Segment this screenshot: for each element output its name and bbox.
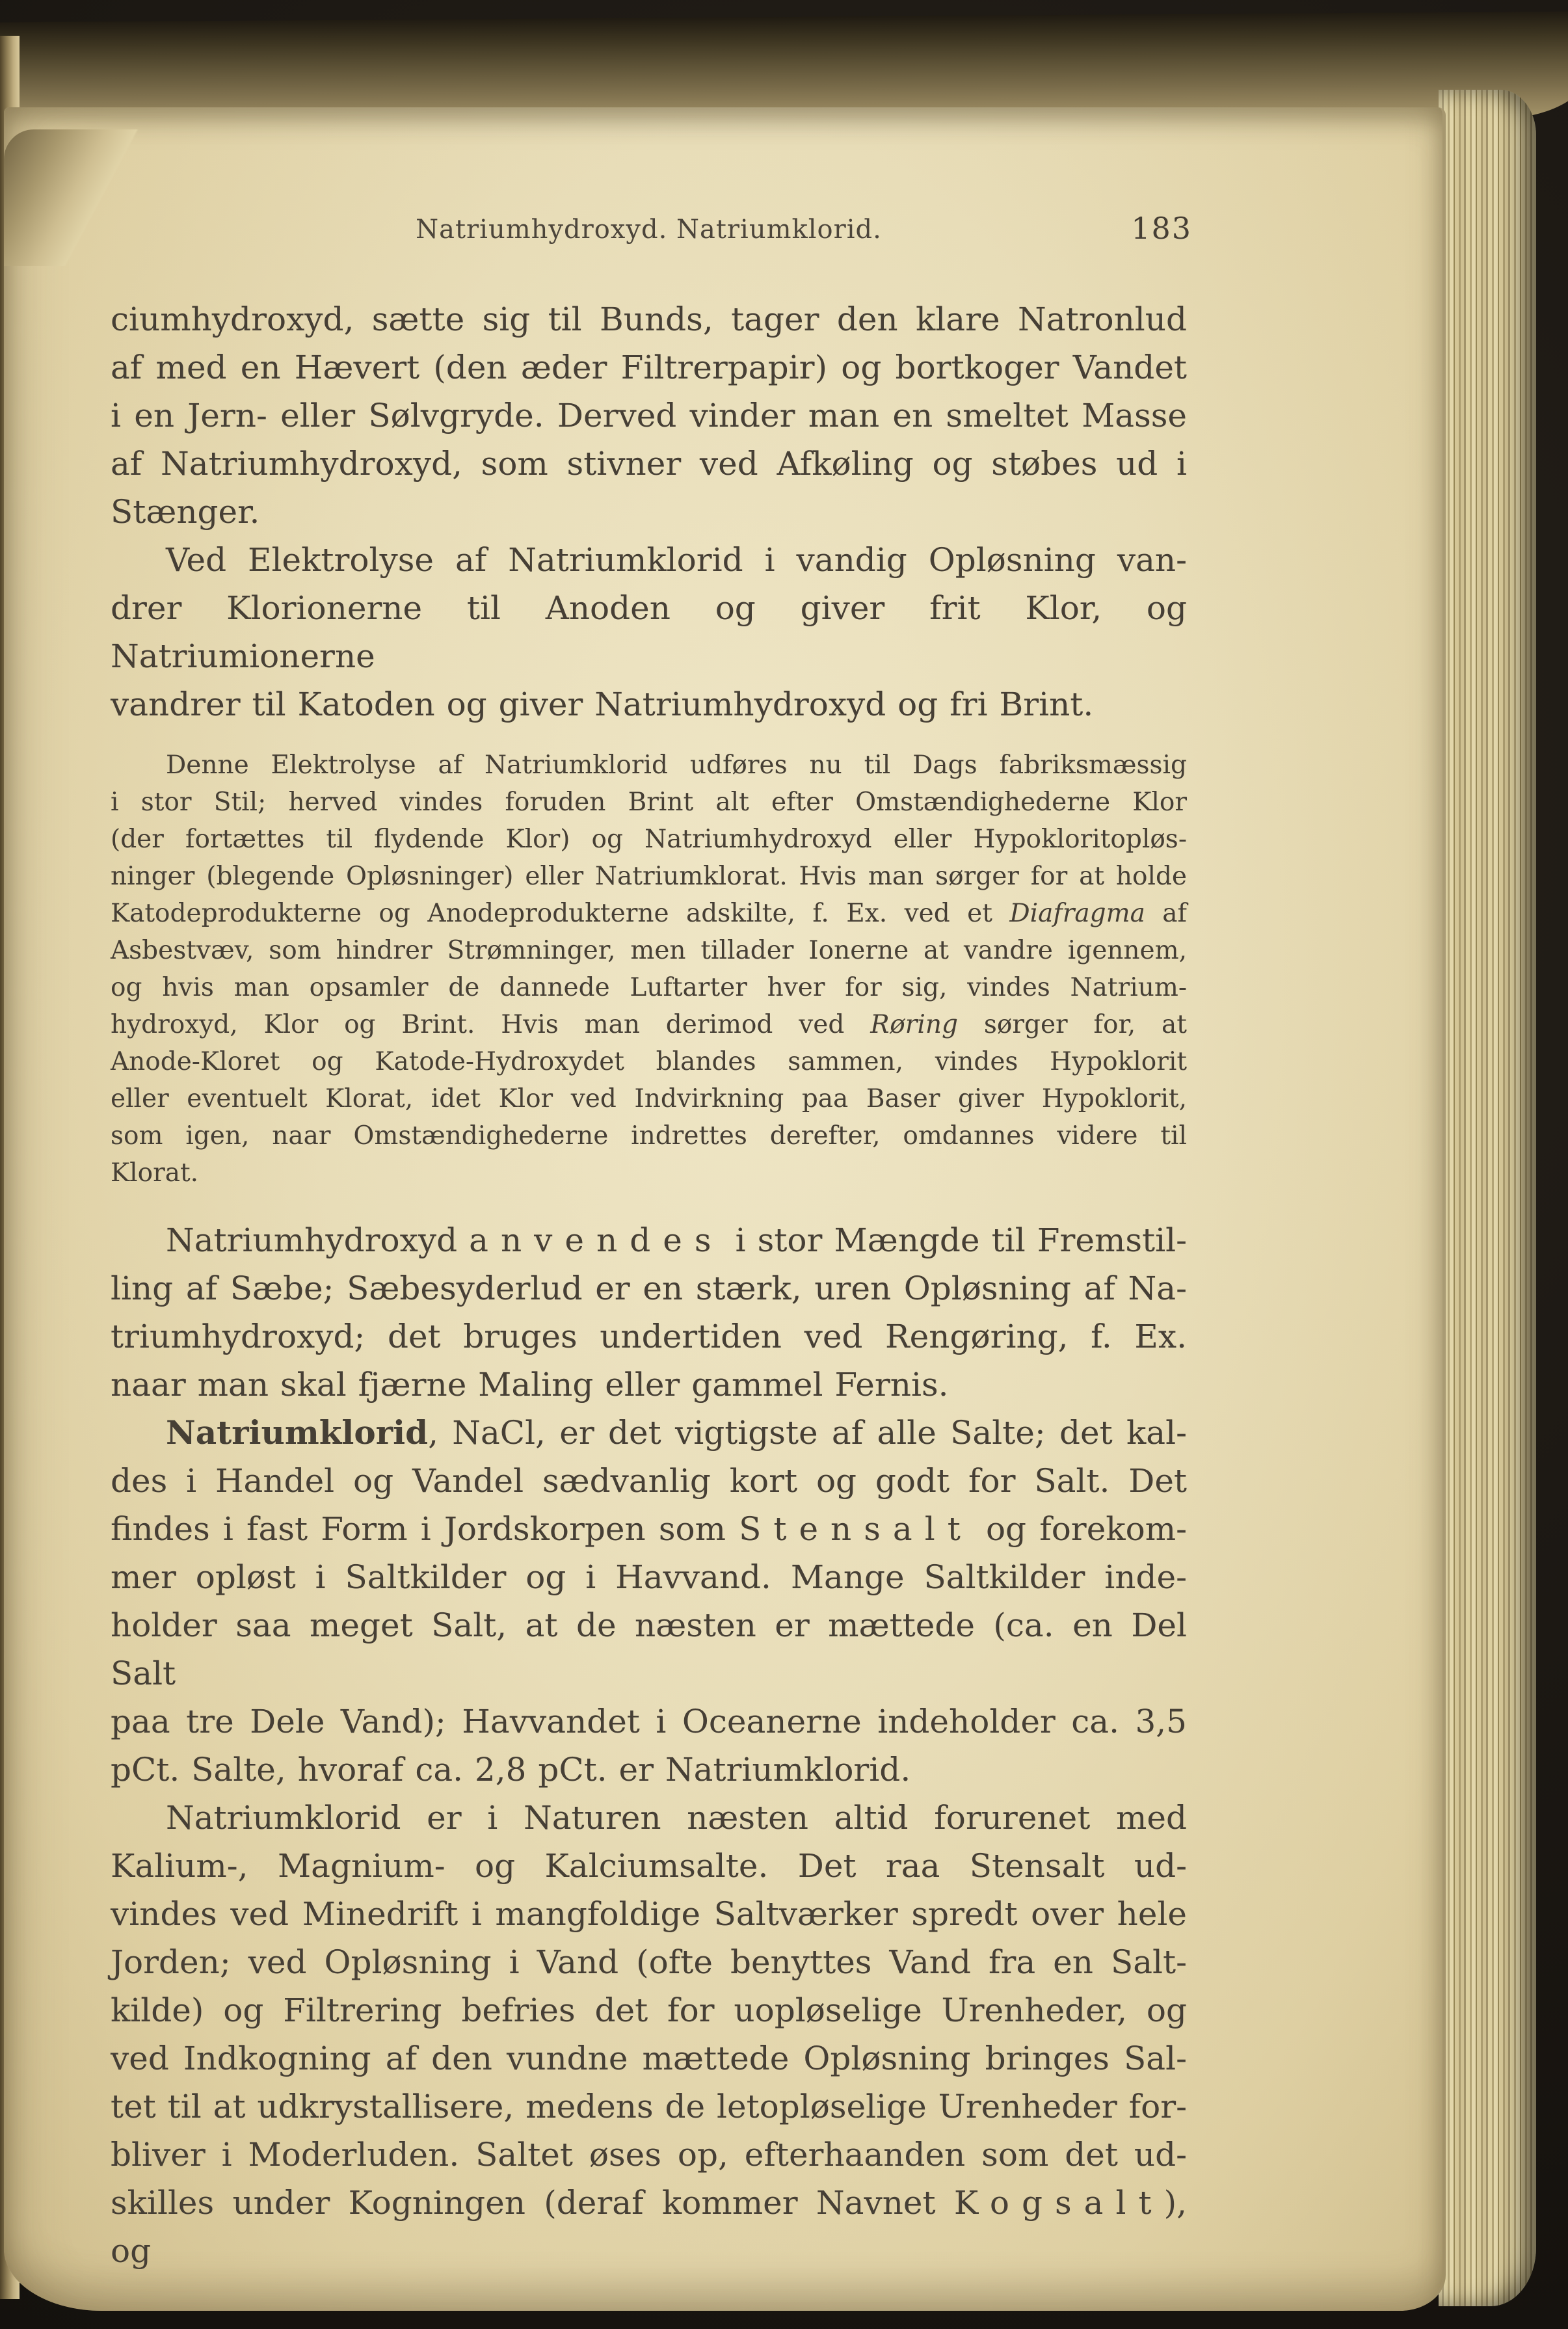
book-fore-edge-pages bbox=[1439, 90, 1536, 2306]
text-line: i en Jern- eller Sølvgryde. Derved vinde… bbox=[111, 392, 1187, 440]
text-line: bliver i Moderluden. Saltet øses op, eft… bbox=[111, 2131, 1187, 2179]
book-photo: { "book": { "background_color": "#1d1914… bbox=[0, 0, 1568, 2329]
paragraph: Natriumklorid, NaCl, er det vigtigste af… bbox=[111, 1409, 1187, 1794]
text-line: skilles under Kogningen (deraf kommer Na… bbox=[111, 2179, 1187, 2275]
text-line: vandrer til Katoden og giver Natriumhydr… bbox=[111, 680, 1187, 728]
text-line: Klorat. bbox=[111, 1154, 1187, 1191]
page-title: Natriumhydroxyd. Natriumklorid. bbox=[111, 215, 1187, 245]
text-line: mer opløst i Saltkilder og i Havvand. Ma… bbox=[111, 1553, 1187, 1601]
text-line: paa tre Dele Vand); Havvandet i Oceanern… bbox=[111, 1697, 1187, 1746]
page-number: 183 bbox=[1131, 211, 1192, 246]
text-line: drer Klorionerne til Anoden og giver fri… bbox=[111, 584, 1187, 680]
text-line: Natriumhydroxyd anvendes i stor Mængde t… bbox=[111, 1216, 1187, 1264]
text-line: hydroxyd, Klor og Brint. Hvis man derimo… bbox=[111, 1006, 1187, 1043]
text-line: Kalium-, Magnium- og Kalciumsalte. Det r… bbox=[111, 1842, 1187, 1890]
paragraph: Ved Elektrolyse af Natriumklorid i vandi… bbox=[111, 536, 1187, 728]
text-line: tet til at udkrystallisere, medens de le… bbox=[111, 2083, 1187, 2131]
text-line: Stænger. bbox=[111, 488, 1187, 536]
text-line: holder saa meget Salt, at de næsten er m… bbox=[111, 1601, 1187, 1697]
text-line: af Natriumhydroxyd, som stivner ved Afkø… bbox=[111, 440, 1187, 488]
text-line: Katodeprodukterne og Anodeprodukterne ad… bbox=[111, 895, 1187, 932]
text-line: vindes ved Minedrift i mangfoldige Saltv… bbox=[111, 1890, 1187, 1938]
text-body: Natriumhydroxyd. Natriumklorid. 183 cium… bbox=[111, 215, 1187, 2275]
text-line: kilde) og Filtrering befries det for uop… bbox=[111, 1986, 1187, 2034]
text-line: Asbestvæv, som hindrer Strømninger, men … bbox=[111, 932, 1187, 969]
text-line: des i Handel og Vandel sædvanlig kort og… bbox=[111, 1457, 1187, 1505]
text-line: Natriumklorid, NaCl, er det vigtigste af… bbox=[111, 1409, 1187, 1457]
text-line: eller eventuelt Klorat, idet Klor ved In… bbox=[111, 1080, 1187, 1117]
text-line: som igen, naar Omstændighederne indrette… bbox=[111, 1117, 1187, 1154]
text-line: ved Indkogning af den vundne mættede Opl… bbox=[111, 2034, 1187, 2083]
text-line: ciumhydroxyd, sætte sig til Bunds, tager… bbox=[111, 295, 1187, 343]
text-line: pCt. Salte, hvoraf ca. 2,8 pCt. er Natri… bbox=[111, 1746, 1187, 1794]
text-line: triumhydroxyd; det bruges undertiden ved… bbox=[111, 1312, 1187, 1361]
text-line: naar man skal fjærne Maling eller gammel… bbox=[111, 1361, 1187, 1409]
text-line: Ved Elektrolyse af Natriumklorid i vandi… bbox=[111, 536, 1187, 584]
paragraph: Denne Elektrolyse af Natriumklorid udfør… bbox=[111, 747, 1187, 1191]
text-line: Natriumklorid er i Naturen næsten altid … bbox=[111, 1794, 1187, 1842]
paragraph: Natriumklorid er i Naturen næsten altid … bbox=[111, 1794, 1187, 2275]
paragraph: Natriumhydroxyd anvendes i stor Mængde t… bbox=[111, 1216, 1187, 1409]
text-line: og hvis man opsamler de dannede Luftarte… bbox=[111, 969, 1187, 1006]
text-line: Jorden; ved Opløsning i Vand (ofte benyt… bbox=[111, 1938, 1187, 1986]
text-line: Anode-Kloret og Katode-Hydroxydet blande… bbox=[111, 1043, 1187, 1080]
text-line: i stor Stil; herved vindes foruden Brint… bbox=[111, 784, 1187, 821]
paragraph: ciumhydroxyd, sætte sig til Bunds, tager… bbox=[111, 295, 1187, 536]
text-line: ling af Sæbe; Sæbesyderlud er en stærk, … bbox=[111, 1264, 1187, 1312]
text-line: findes i fast Form i Jordskorpen som Ste… bbox=[111, 1505, 1187, 1553]
text-line: Denne Elektrolyse af Natriumklorid udfør… bbox=[111, 747, 1187, 784]
page-header: Natriumhydroxyd. Natriumklorid. 183 bbox=[111, 215, 1187, 250]
text-line: (der fortættes til flydende Klor) og Nat… bbox=[111, 821, 1187, 858]
text-line: af med en Hævert (den æder Filtrerpapir)… bbox=[111, 343, 1187, 392]
text-line: ninger (blegende Opløsninger) eller Natr… bbox=[111, 858, 1187, 895]
